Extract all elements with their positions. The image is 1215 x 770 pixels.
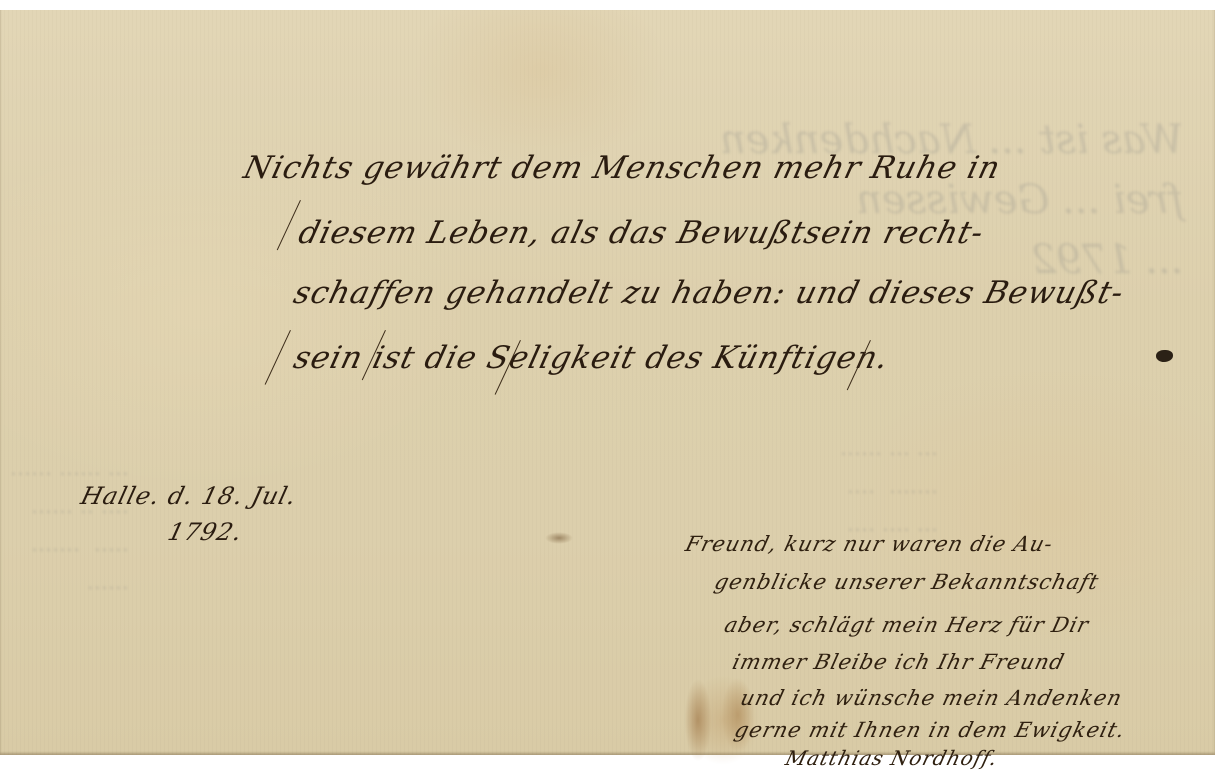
paper-speck bbox=[545, 532, 573, 544]
main-entry-line-4: sein ist die Seligkeit des Künftigen. bbox=[290, 340, 893, 376]
place-and-day: Halle. d. 18. Jul. bbox=[78, 482, 300, 510]
dedication-line-3: aber, schlägt mein Herz für Dir bbox=[722, 613, 1092, 637]
dedication-line-6: gerne mit Ihnen in dem Ewigkeit. bbox=[732, 718, 1128, 742]
main-entry-line-1: Nichts gewährt dem Menschen mehr Ruhe in bbox=[240, 150, 1004, 186]
year: 1792. bbox=[165, 518, 246, 546]
main-entry-line-3: schaffen gehandelt zu haben: und dieses … bbox=[290, 275, 1128, 311]
dedication-line-2: genblicke unserer Bekanntschaft bbox=[712, 570, 1102, 594]
ink-blot bbox=[1156, 350, 1173, 362]
manuscript-page: Was ist ... Nachdenken frei ... Gewissen… bbox=[0, 10, 1215, 755]
dedication-line-4: immer Bleibe ich Ihr Freund bbox=[730, 650, 1067, 674]
bleed-through-text-center: ... ... ...... ....... .... ... .... ...… bbox=[840, 430, 938, 544]
signature: Matthias Nordhoff. bbox=[783, 746, 1001, 768]
main-entry-line-2: diesem Leben, als das Bewußtsein recht- bbox=[295, 215, 988, 251]
bleed-through-text-upper-right: Was ist ... Nachdenken frei ... Gewissen… bbox=[720, 110, 1183, 290]
dedication-line-1: Freund, kurz nur waren die Au- bbox=[683, 532, 1056, 556]
dedication-line-5: und ich wünsche mein Andenken bbox=[738, 686, 1125, 710]
bleed-through-text-left: ... ...... ...... .... .. ...... ..... .… bbox=[10, 450, 129, 602]
descender-flourish bbox=[265, 330, 291, 385]
